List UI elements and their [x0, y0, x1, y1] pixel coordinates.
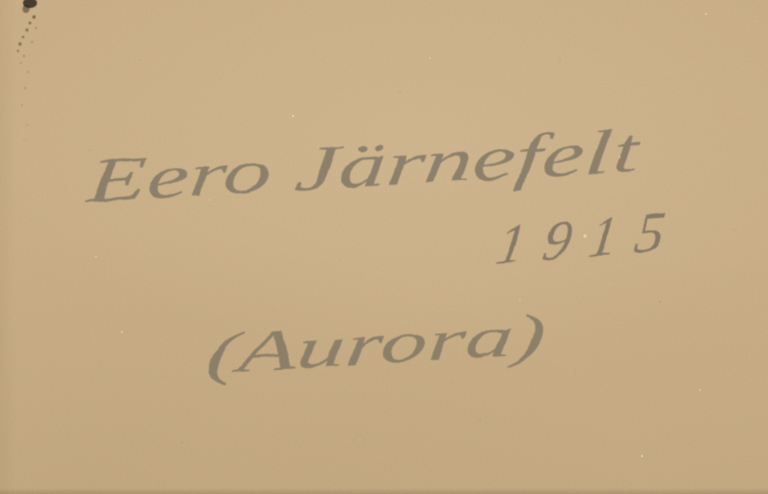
paper-background: Eero Järnefelt 1915 (Aurora) [0, 0, 768, 494]
inscription-layer: Eero Järnefelt 1915 (Aurora) [0, 0, 768, 494]
